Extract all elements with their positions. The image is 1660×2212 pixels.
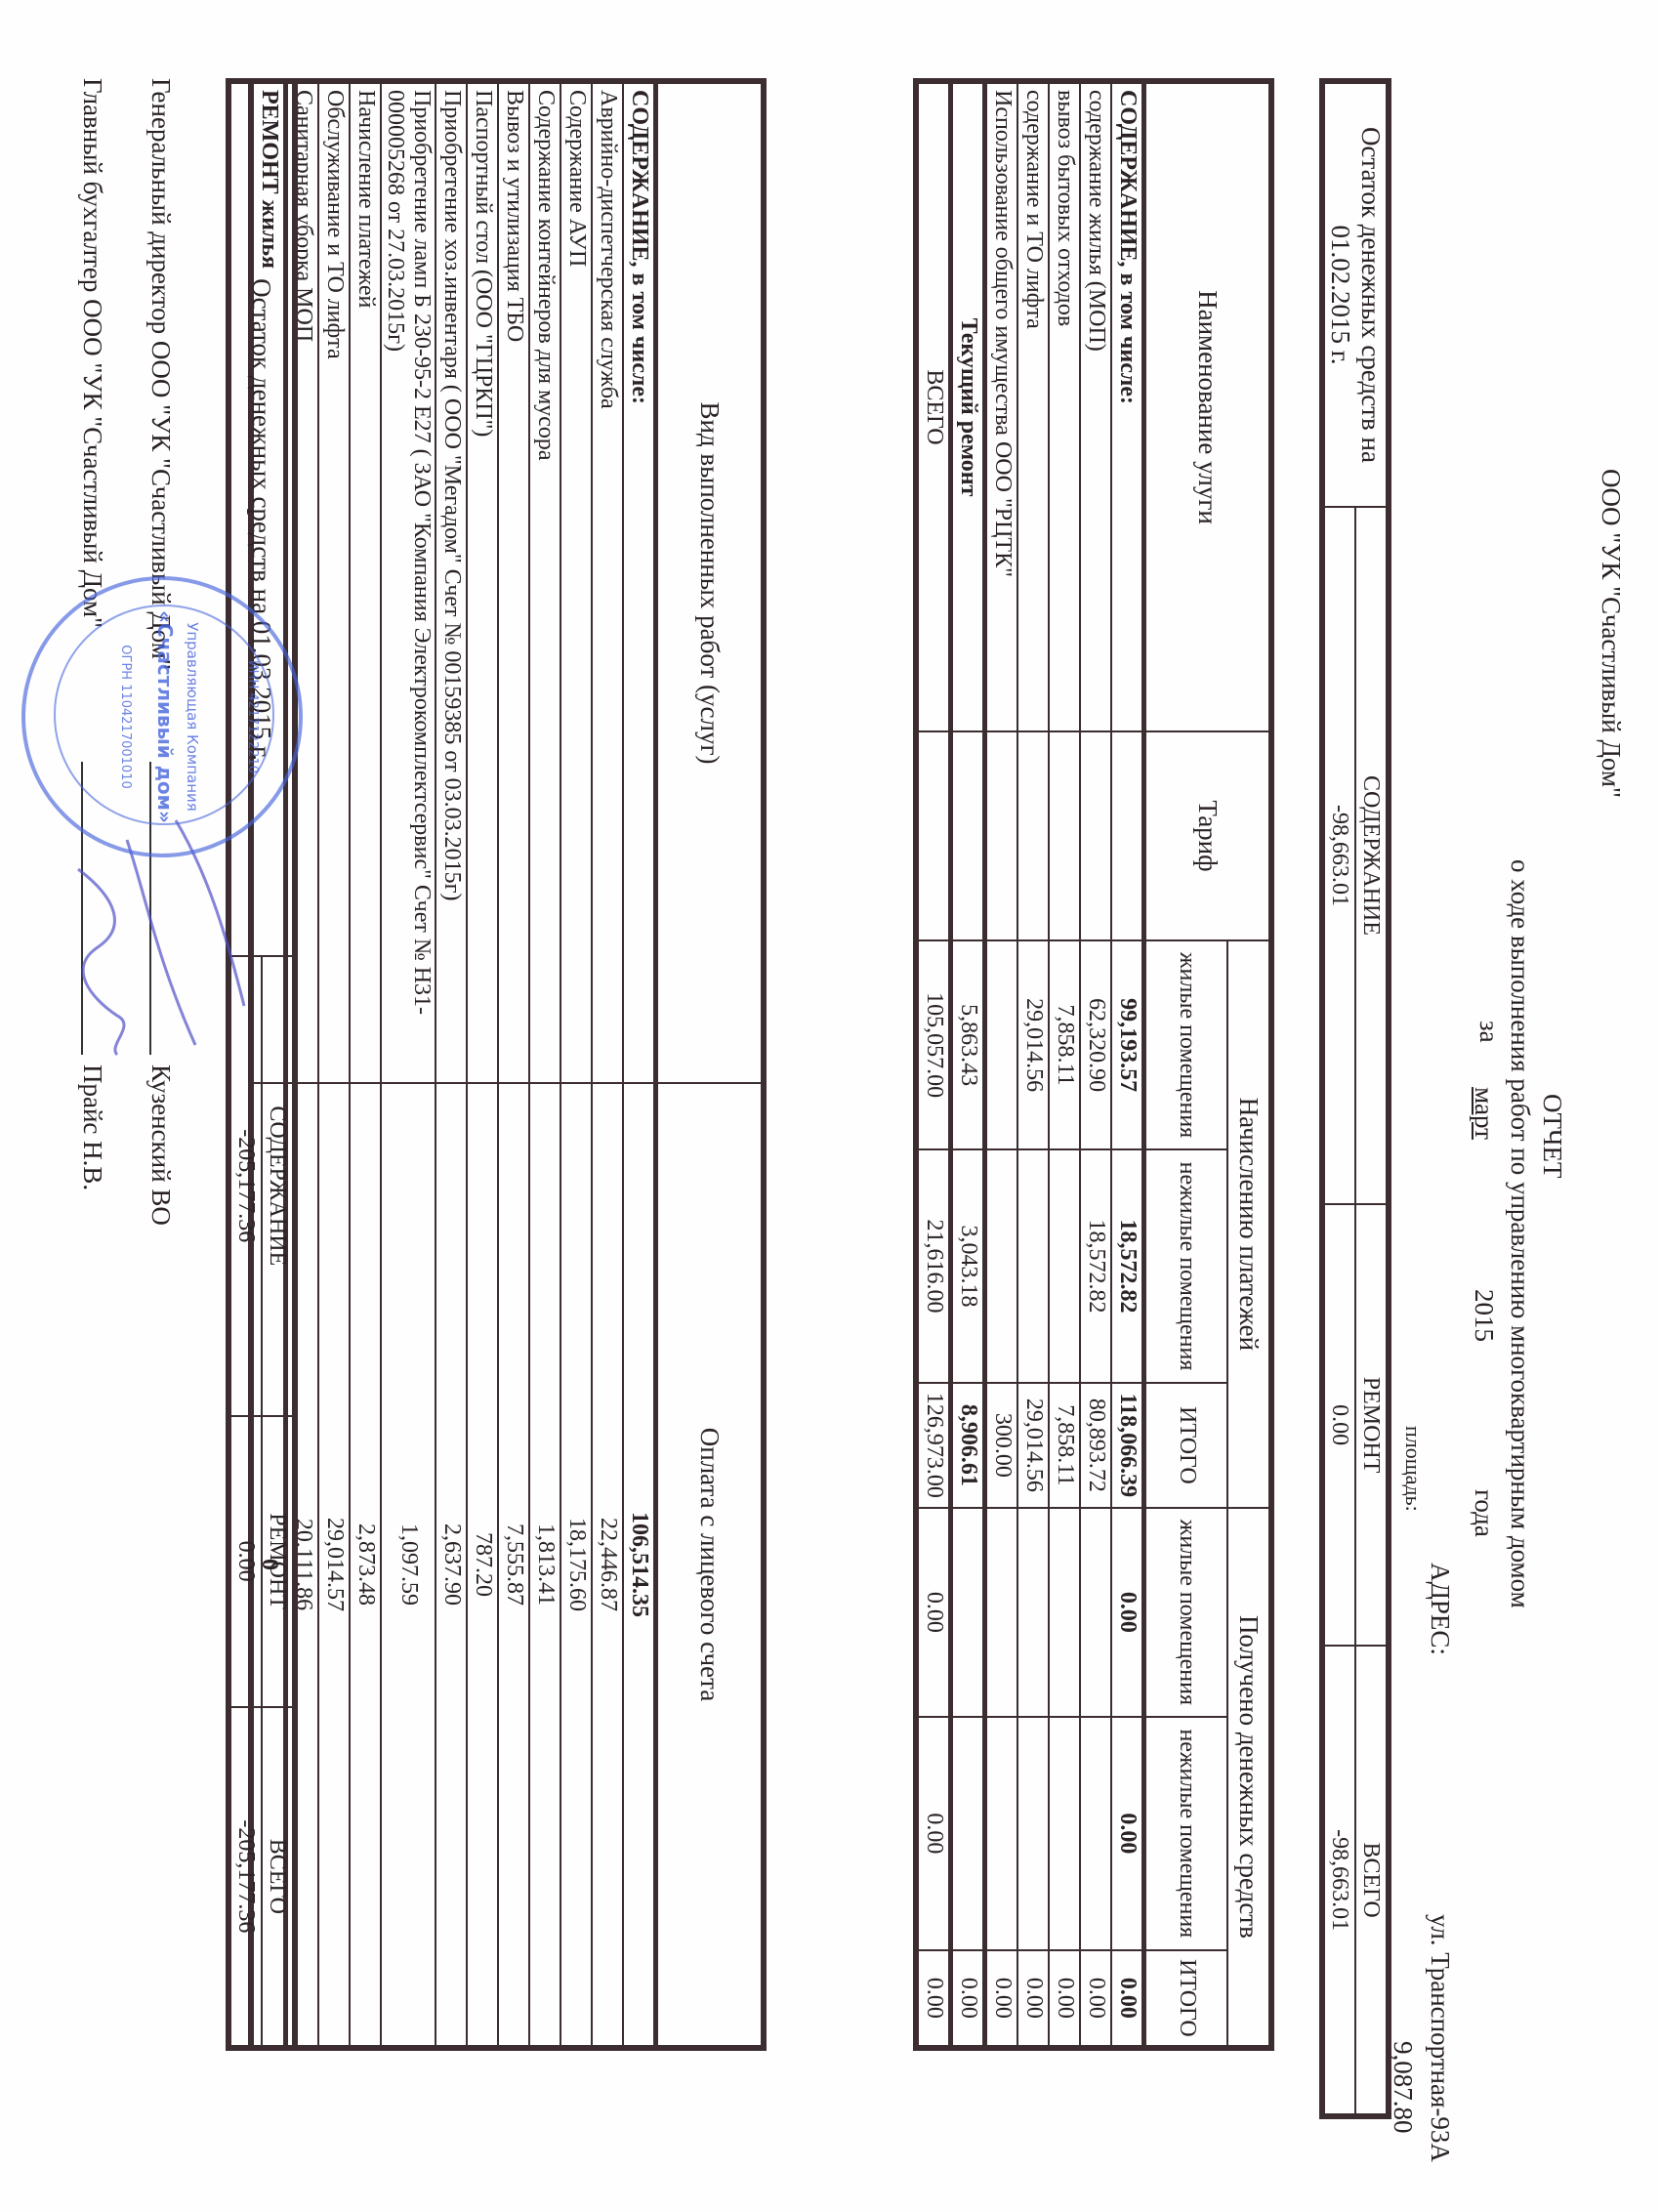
table-row: Обслуживание и ТО лифта29,014.57 <box>319 81 351 2048</box>
table-row: Содержание контейнеров для мусора1,813.4… <box>530 81 561 2048</box>
col-rec-total: ИТОГО <box>1144 1950 1227 2048</box>
col-acc-residential: жилые помещения <box>1144 940 1227 1149</box>
value-cell: 126,973.00 <box>917 1383 952 1508</box>
value-cell: 5,863.43 <box>951 940 985 1149</box>
value-cell: 0.00 <box>1018 1950 1050 2048</box>
area-value: 9,087.80 <box>1388 2041 1418 2134</box>
value-cell: 118,066.39 <box>1112 1383 1145 1508</box>
value-cell: 8,906.61 <box>951 1383 985 1508</box>
stamp-center-top: Управляющая Компания <box>184 580 201 854</box>
report-subtitle: о ходе выполнения работ по управлению мн… <box>1505 859 1535 1608</box>
value-cell: 7,858.11 <box>1050 940 1081 1149</box>
table-row: Паспортный стол (ООО "ГЦРКП")787.20 <box>468 81 499 2048</box>
period-month: март <box>1469 1064 1499 1162</box>
stamp-ogrn: ОГРН 1104217001010 <box>118 580 133 854</box>
amount-cell: 2,637.90 <box>436 1083 468 2048</box>
col-payment: Оплата с лицевого счета <box>656 1083 764 2048</box>
work-name-cell: Приобретение ламп Б 230-95-2 Е27 ( ЗАО "… <box>382 81 436 1083</box>
opening-col-repair: РЕМОНТ <box>1355 1204 1389 1646</box>
value-cell: 300.00 <box>985 1383 1018 1508</box>
report-title: ОТЧЕТ <box>1537 1094 1567 1179</box>
service-name-cell: вывоз бытовых отходов <box>1050 81 1081 731</box>
value-cell: 0.00 <box>951 1950 985 2048</box>
table-row: Использование общего имущества ООО "РЦТК… <box>985 81 1018 2048</box>
value-cell <box>985 731 1018 940</box>
closing-value-total: -205,177.36 <box>228 1707 262 2048</box>
value-cell <box>1018 731 1050 940</box>
value-cell <box>985 1149 1018 1383</box>
value-cell <box>1050 1717 1081 1950</box>
value-cell: 0.00 <box>1112 1508 1145 1717</box>
opening-value-total: -98,663.01 <box>1322 1646 1355 2116</box>
work-name-cell: СОДЕРЖАНИЕ, в том числе: <box>624 81 657 1083</box>
col-rec-nonresidential: нежилые помещения <box>1144 1717 1227 1950</box>
closing-balance-table: Остаток денежных средств на 01.03.2015 г… <box>226 78 298 2051</box>
closing-col-content: СОДЕРЖАНИЕ <box>262 956 295 1416</box>
service-name-cell: Текущий ремонт <box>951 81 985 731</box>
amount-cell: 18,175.60 <box>561 1083 593 2048</box>
value-cell: 0.00 <box>917 1950 952 2048</box>
service-name-cell: содержание и ТО лифта <box>1018 81 1050 731</box>
value-cell <box>1018 1508 1050 1717</box>
period-prefix: за <box>1473 1021 1504 1043</box>
value-cell <box>1112 731 1145 940</box>
value-cell <box>1050 1149 1081 1383</box>
opening-col-total: ВСЕГО <box>1355 1646 1389 2116</box>
col-acc-nonresidential: нежилые помещения <box>1144 1149 1227 1383</box>
work-name-cell: Приобретение хоз.инвентаря ( ООО "Мегадо… <box>436 81 468 1083</box>
closing-col-total: ВСЕГО <box>262 1707 295 2048</box>
table-row: Содержание АУП18,175.60 <box>561 81 593 2048</box>
value-cell: 0.00 <box>917 1717 952 1950</box>
table-row: Приобретение ламп Б 230-95-2 Е27 ( ЗАО "… <box>382 81 436 2048</box>
work-name-cell: Аврийно-диспетчерская служба <box>593 81 624 1083</box>
value-cell <box>985 1508 1018 1717</box>
amount-cell: 2,873.48 <box>351 1083 382 2048</box>
company-name: ООО "УК "Счастливый Дом" <box>1596 469 1626 798</box>
value-cell: 18,572.82 <box>1081 1149 1112 1383</box>
value-cell <box>917 731 952 940</box>
opening-col-content: СОДЕРЖАНИЕ <box>1355 507 1389 1204</box>
col-accrued-group: Начислению платежей <box>1227 940 1271 1508</box>
works-table: Вид выполненных работ (услуг) Оплата с л… <box>249 78 768 2051</box>
col-work: Вид выполненных работ (услуг) <box>656 81 764 1083</box>
table-row: Текущий ремонт5,863.433,043.188,906.610.… <box>951 81 985 2048</box>
value-cell <box>951 731 985 940</box>
value-cell: 0.00 <box>1050 1950 1081 2048</box>
amount-cell: 787.20 <box>468 1083 499 2048</box>
opening-value-content: -98,663.01 <box>1322 507 1355 1204</box>
opening-balance-table: Остаток денежных средств на 01.02.2015 г… <box>1319 78 1391 2119</box>
accountant-name: Прайс Н.В. <box>77 1064 107 1190</box>
table-row: содержание и ТО лифта29,014.5629,014.560… <box>1018 81 1050 2048</box>
service-name-cell: Использование общего имущества ООО "РЦТК… <box>985 81 1018 731</box>
table-row: СОДЕРЖАНИЕ, в том числе:99,193.5718,572.… <box>1112 81 1145 2048</box>
address-label: АДРЕС: <box>1425 1563 1455 1655</box>
period-year: 2015 <box>1469 1289 1499 1342</box>
value-cell: 0.00 <box>1112 1717 1145 1950</box>
table-row: СОДЕРЖАНИЕ, в том числе:106,514.35 <box>624 81 657 2048</box>
amount-cell: 1,097.59 <box>382 1083 436 2048</box>
work-name-cell: Начисление платежей <box>351 81 382 1083</box>
col-acc-total: ИТОГО <box>1144 1383 1227 1508</box>
closing-col-repair: РЕМОНТ <box>262 1416 295 1707</box>
value-cell: 7,858.11 <box>1050 1383 1081 1508</box>
amount-cell: 29,014.57 <box>319 1083 351 2048</box>
col-rec-residential: жилые помещения <box>1144 1508 1227 1717</box>
value-cell <box>1081 731 1112 940</box>
col-received-group: Получено денежных средств <box>1227 1508 1271 2048</box>
value-cell <box>1081 1508 1112 1717</box>
value-cell: 29,014.56 <box>1018 1383 1050 1508</box>
table-row: ВСЕГО105,057.0021,616.00126,973.000.000.… <box>917 81 952 2048</box>
director-name: Кузенский ВО <box>145 1064 176 1226</box>
table-row: вывоз бытовых отходов7,858.117,858.110.0… <box>1050 81 1081 2048</box>
amount-cell: 22,446.87 <box>593 1083 624 2048</box>
value-cell: 0.00 <box>1081 1950 1112 2048</box>
table-row: Аврийно-диспетчерская служба22,446.87 <box>593 81 624 2048</box>
value-cell: 21,616.00 <box>917 1149 952 1383</box>
table-row: Вывоз и утилизация ТБО7,555.87 <box>499 81 530 2048</box>
opening-value-repair: 0.00 <box>1322 1204 1355 1646</box>
accountant-role: Главный бухгалтер ООО "УК "Счастливый До… <box>77 78 107 628</box>
opening-balance-label: Остаток денежных средств на 01.02.2015 г… <box>1322 81 1389 507</box>
col-tariff: Тариф <box>1144 731 1271 940</box>
value-cell <box>1050 1508 1081 1717</box>
company-seal-icon: ИНН 4217122210 Управляющая Компания «Сча… <box>21 576 303 857</box>
col-service: Наименование улуги <box>1144 81 1271 731</box>
value-cell <box>1018 1149 1050 1383</box>
value-cell: 0.00 <box>985 1950 1018 2048</box>
work-name-cell: Содержание АУП <box>561 81 593 1083</box>
value-cell: 0.00 <box>1112 1950 1145 2048</box>
table-row: Начисление платежей2,873.48 <box>351 81 382 2048</box>
amount-cell: 7,555.87 <box>499 1083 530 2048</box>
value-cell: 105,057.00 <box>917 940 952 1149</box>
value-cell: 18,572.82 <box>1112 1149 1145 1383</box>
value-cell: 29,014.56 <box>1018 940 1050 1149</box>
area-label: площадь: <box>1400 1426 1426 1512</box>
value-cell <box>951 1508 985 1717</box>
period-suffix: года <box>1469 1489 1499 1537</box>
work-name-cell: Содержание контейнеров для мусора <box>530 81 561 1083</box>
value-cell: 3,043.18 <box>951 1149 985 1383</box>
amount-cell: 1,813.41 <box>530 1083 561 2048</box>
charges-table: Наименование улуги Тариф Начислению плат… <box>914 78 1275 2051</box>
table-row: Приобретение хоз.инвентаря ( ООО "Мегадо… <box>436 81 468 2048</box>
value-cell: 0.00 <box>917 1508 952 1717</box>
value-cell <box>985 1717 1018 1950</box>
work-name-cell: Вывоз и утилизация ТБО <box>499 81 530 1083</box>
value-cell: 62,320.90 <box>1081 940 1112 1149</box>
value-cell <box>1081 1717 1112 1950</box>
report-page: ООО "УК "Счастливый Дом" ОТЧЕТ о ходе вы… <box>0 0 1660 2212</box>
service-name-cell: содержание жилья (МОП) <box>1081 81 1112 731</box>
value-cell: 99,193.57 <box>1112 940 1145 1149</box>
value-cell <box>1018 1717 1050 1950</box>
stamp-inn: ИНН 4217122210 <box>245 580 260 854</box>
service-name-cell: ВСЕГО <box>917 81 952 731</box>
value-cell <box>985 940 1018 1149</box>
value-cell <box>1050 731 1081 940</box>
amount-cell: 106,514.35 <box>624 1083 657 2048</box>
value-cell <box>951 1717 985 1950</box>
closing-value-repair: 0.00 <box>228 1416 262 1707</box>
table-row: содержание жилья (МОП)62,320.9018,572.82… <box>1081 81 1112 2048</box>
address-value: ул. Транспортная-93А <box>1425 1914 1455 2162</box>
stamp-center-name: «Счастливый дом» <box>153 580 177 854</box>
value-cell: 80,893.72 <box>1081 1383 1112 1508</box>
work-name-cell: Паспортный стол (ООО "ГЦРКП") <box>468 81 499 1083</box>
service-name-cell: СОДЕРЖАНИЕ, в том числе: <box>1112 81 1145 731</box>
work-name-cell: Обслуживание и ТО лифта <box>319 81 351 1083</box>
